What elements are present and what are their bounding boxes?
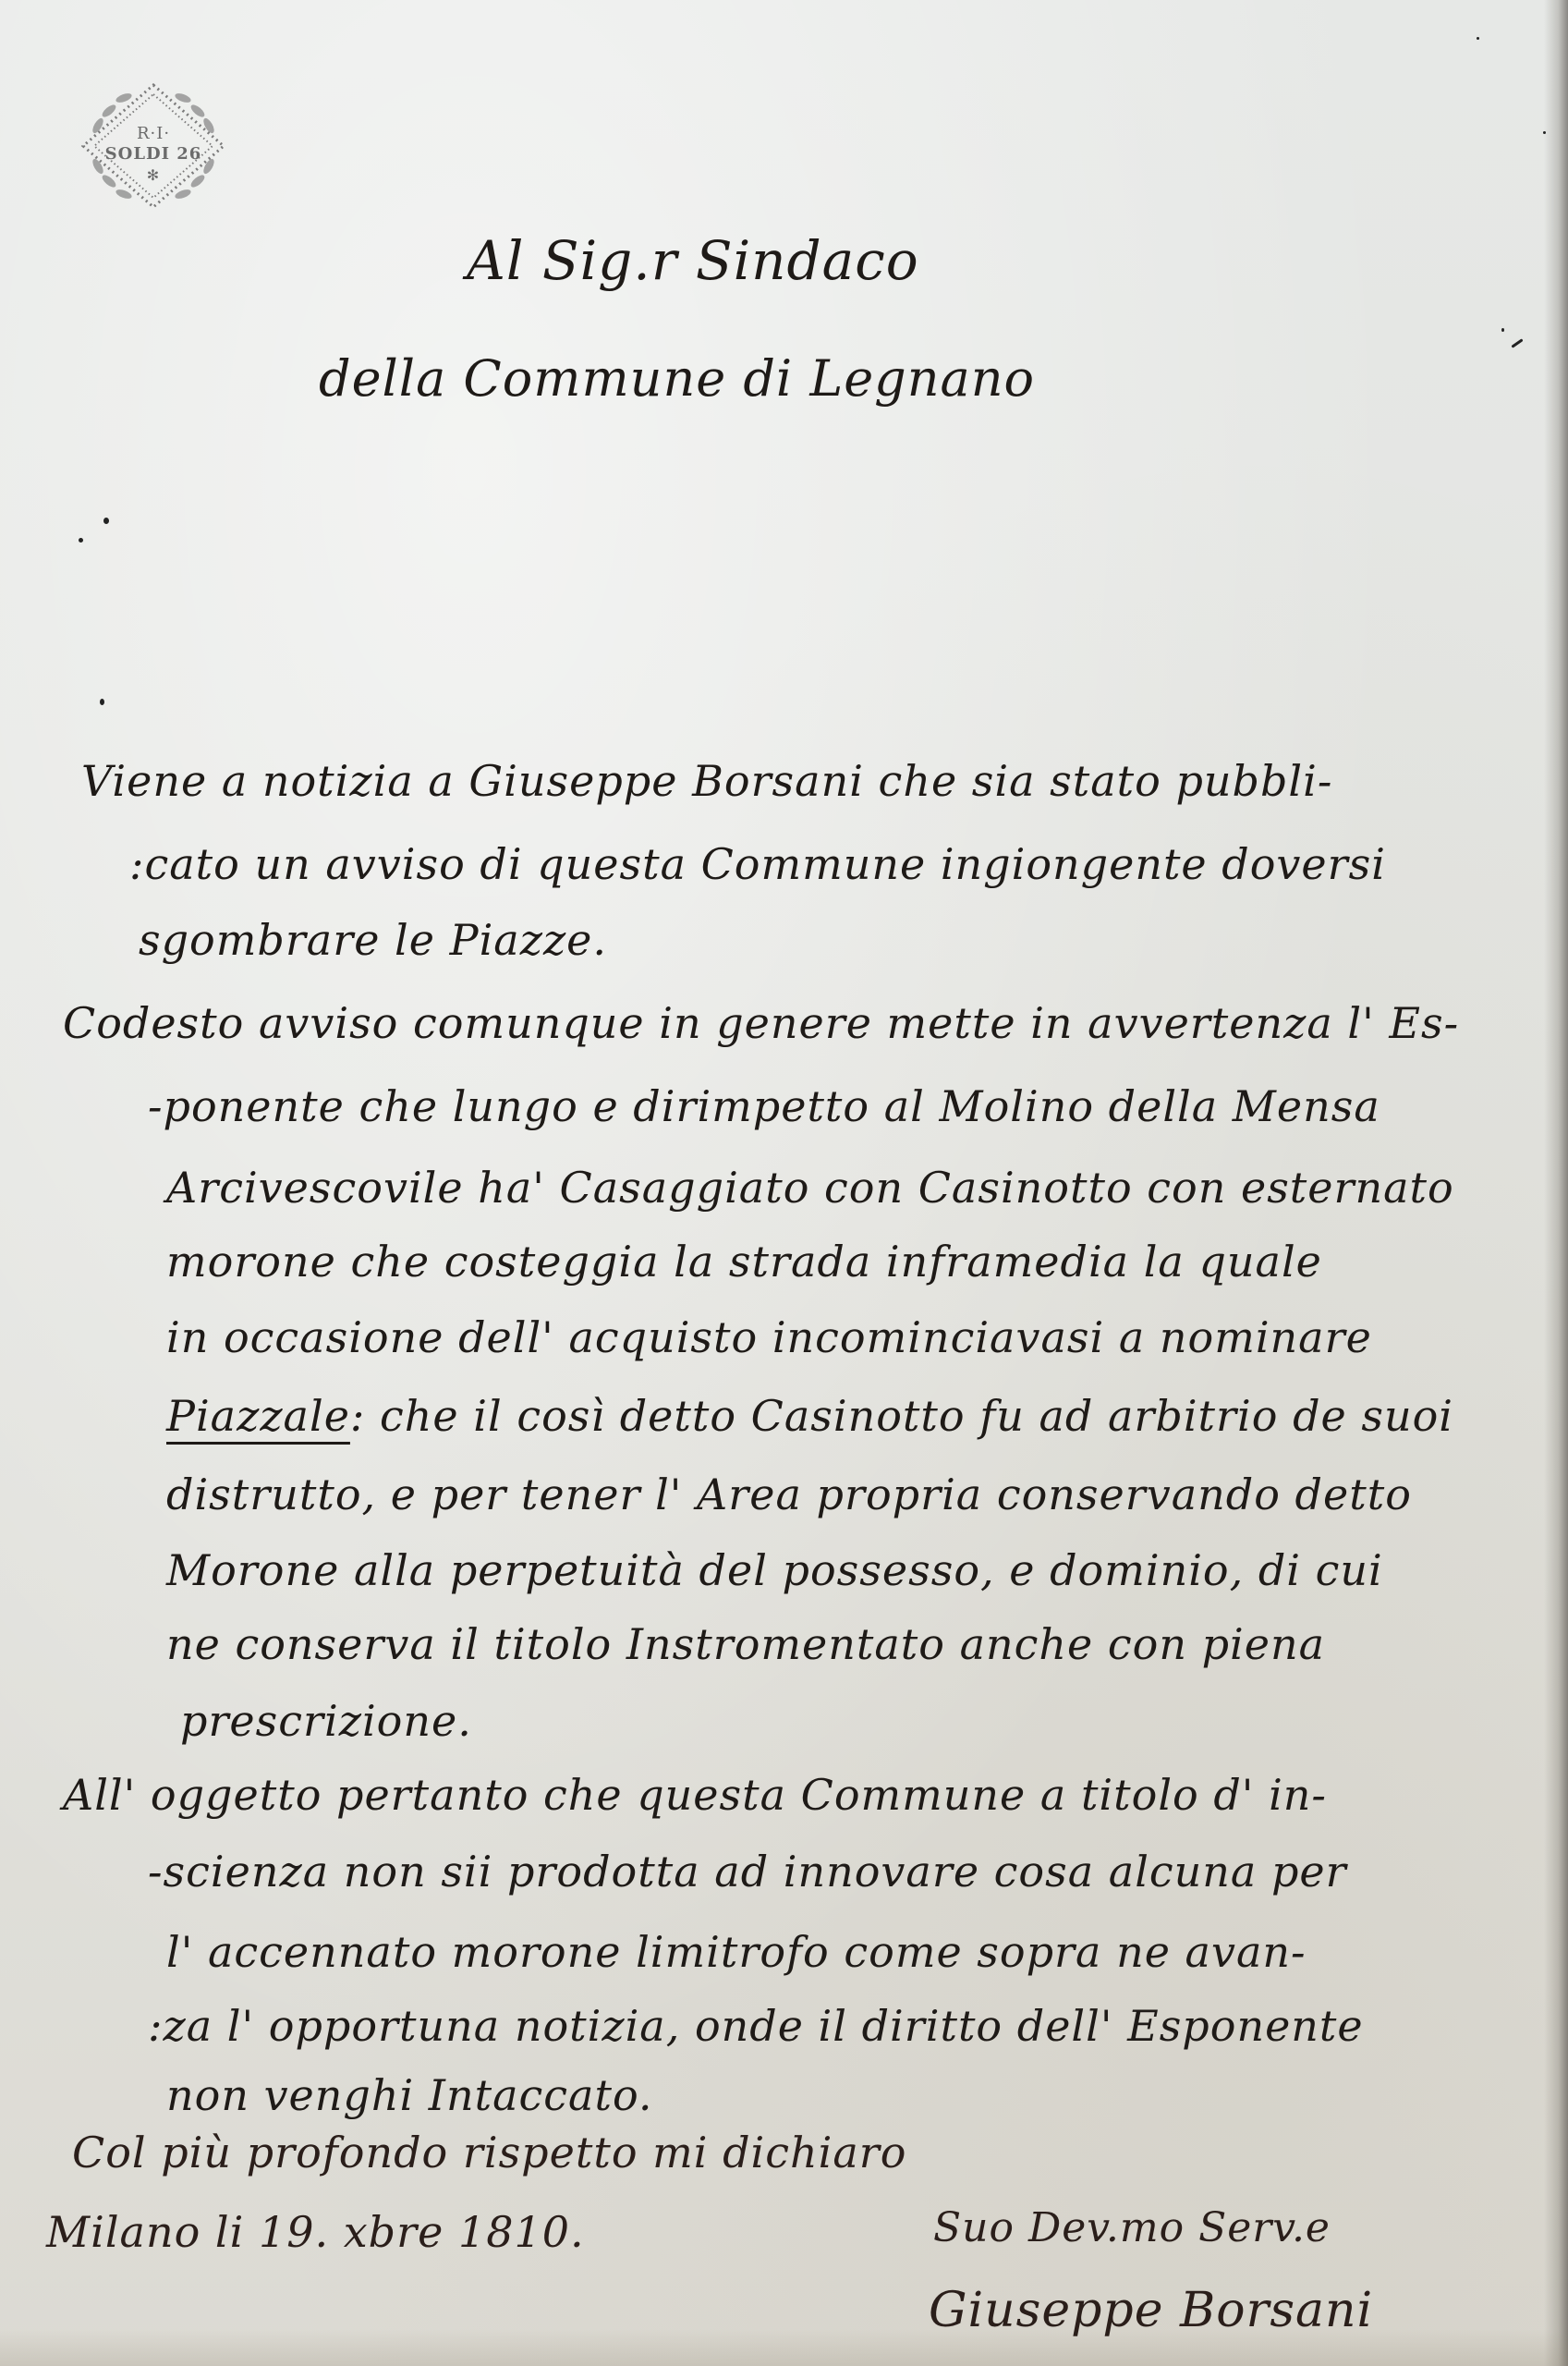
body-line: :za l' opportuna notizia, onde il diritt… bbox=[148, 2001, 1364, 2051]
body-line: prescrizione. bbox=[180, 1696, 472, 1746]
address-commune: della Commune di Legnano bbox=[319, 349, 1035, 408]
revenue-stamp: R·I· SOLDI 26 ✻ bbox=[72, 72, 235, 220]
paper-speck bbox=[103, 518, 109, 524]
paper-edge-right bbox=[1544, 0, 1568, 2366]
paper-speck bbox=[1501, 328, 1504, 332]
body-line: Morone alla perpetuità del possesso, e d… bbox=[166, 1545, 1383, 1595]
paper-speck bbox=[79, 538, 83, 543]
body-line: :cato un avviso di questa Commune ingion… bbox=[129, 839, 1386, 889]
address-recipient: Al Sig.r Sindaco bbox=[467, 229, 919, 292]
body-line: Viene a notizia a Giuseppe Borsani che s… bbox=[81, 756, 1332, 806]
paper-speck bbox=[100, 699, 104, 705]
stamp-ornament-icon: ✻ bbox=[72, 166, 235, 184]
body-line: sgombrare le Piazze. bbox=[139, 915, 607, 965]
place-date: Milano li 19. xbre 1810. bbox=[46, 2207, 585, 2257]
body-line: Codesto avviso comunque in genere mette … bbox=[63, 998, 1459, 1048]
stamp-value: SOLDI 26 bbox=[72, 144, 235, 164]
closing-line: Col più profondo rispetto mi dichiaro bbox=[72, 2128, 906, 2177]
body-line: Arcivescovile ha' Casaggiato con Casinot… bbox=[166, 1163, 1454, 1213]
body-line: -ponente che lungo e dirimpetto al Molin… bbox=[148, 1081, 1380, 1131]
signature: Giuseppe Borsani bbox=[929, 2283, 1373, 2338]
letter-sheet: R·I· SOLDI 26 ✻ Al Sig.r Sindaco della C… bbox=[0, 0, 1568, 2366]
body-line: l' accennato morone limitrofo come sopra… bbox=[166, 1927, 1307, 1977]
body-line: All' oggetto pertanto che questa Commune… bbox=[63, 1770, 1327, 1820]
body-line-rest: : che il così detto Casinotto fu ad arbi… bbox=[350, 1391, 1453, 1441]
paper-speck bbox=[1511, 338, 1523, 348]
stamp-line-1: R·I· bbox=[72, 124, 235, 143]
valediction: Suo Dev.mo Serv.e bbox=[933, 2204, 1331, 2251]
body-line: morone che costeggia la strada inframedi… bbox=[166, 1237, 1322, 1287]
paper-speck bbox=[1543, 131, 1546, 134]
body-line: non venghi Intaccato. bbox=[166, 2070, 652, 2120]
underlined-word: Piazzale bbox=[166, 1391, 350, 1441]
body-line: in occasione dell' acquisto incominciava… bbox=[166, 1312, 1372, 1362]
paper-speck bbox=[1477, 37, 1479, 40]
body-line: ne conserva il titolo Instromentato anch… bbox=[166, 1619, 1325, 1669]
body-line: distrutto, e per tener l' Area propria c… bbox=[166, 1470, 1412, 1519]
body-line-piazzale: Piazzale: che il così detto Casinotto fu… bbox=[166, 1391, 1453, 1441]
body-line: -scienza non sii prodotta ad innovare co… bbox=[148, 1847, 1347, 1896]
